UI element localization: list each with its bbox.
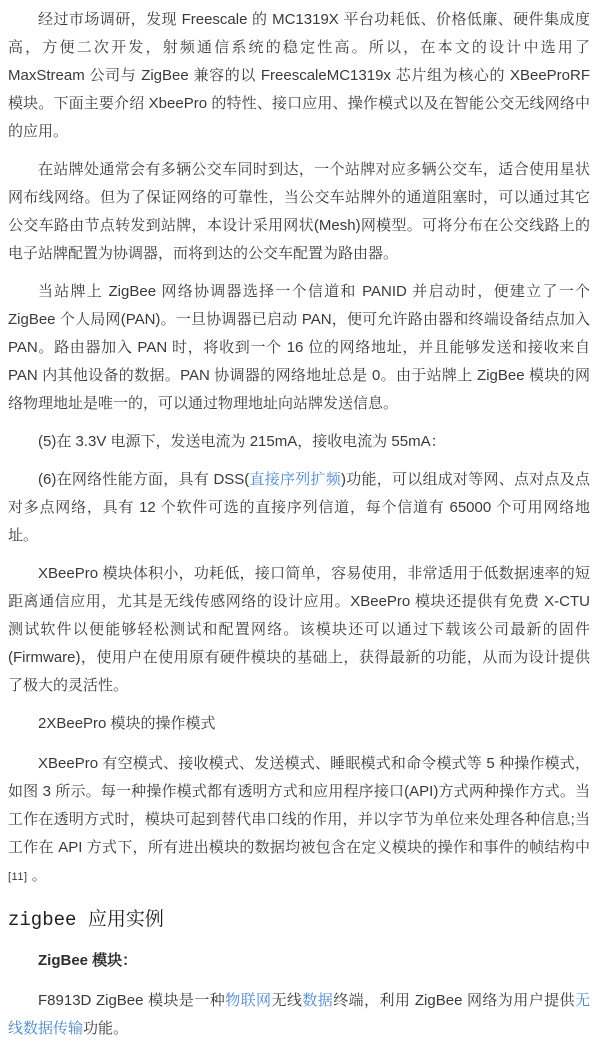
inline-link[interactable]: 数据 — [302, 992, 333, 1009]
paragraph: XBeePro 模块体积小，功耗低，接口简单，容易使用，非常适用于低数据速率的短… — [8, 560, 590, 700]
paragraph: 当站牌上 ZigBee 网络协调器选择一个信道和 PANID 并启动时，便建立了… — [8, 278, 590, 418]
text-run: 无线 — [271, 992, 302, 1009]
paragraph: 在站牌处通常会有多辆公交车同时到达，一个站牌对应多辆公交车，适合使用星状网布线网… — [8, 156, 590, 268]
module-label: ZigBee 模块： — [8, 947, 590, 975]
text-run: (5)在 3.3V 电源下，发送电流为 215mA，接收电流为 55mA： — [38, 433, 446, 450]
text-run: 终端，利用 ZigBee 网络为用户提供 — [333, 992, 575, 1009]
citation-ref: [11] — [8, 871, 28, 883]
text-run: 经过市场调研，发现 Freescale 的 MC1319X 平台功耗低、价格低廉… — [8, 11, 590, 140]
text-run: 2XBeePro 模块的操作模式 — [38, 715, 216, 732]
article-page: 经过市场调研，发现 Freescale 的 MC1319X 平台功耗低、价格低廉… — [8, 6, 590, 1043]
text-run: 功能。 — [83, 1020, 128, 1037]
text-run: ZigBee 模块： — [38, 952, 137, 969]
text-run: XBeePro 模块体积小，功耗低，接口简单，容易使用，非常适用于低数据速率的短… — [8, 565, 590, 694]
text-run: 当站牌上 ZigBee 网络协调器选择一个信道和 PANID 并启动时，便建立了… — [8, 283, 590, 412]
document-body: 经过市场调研，发现 Freescale 的 MC1319X 平台功耗低、价格低廉… — [8, 6, 590, 1043]
paragraph: F8913D ZigBee 模块是一种物联网无线数据终端，利用 ZigBee 网… — [8, 987, 590, 1043]
paragraph: XBeePro 有空模式、接收模式、发送模式、睡眠模式和命令模式等 5 种操作模… — [8, 750, 590, 891]
text-run: 。 — [28, 867, 47, 884]
text-run: F8913D ZigBee 模块是一种 — [38, 992, 225, 1009]
text-run: (6)在网络性能方面，具有 DSS( — [38, 471, 249, 488]
paragraph: (5)在 3.3V 电源下，发送电流为 215mA，接收电流为 55mA： — [8, 428, 590, 456]
inline-link[interactable]: 物联网 — [225, 992, 271, 1009]
section-title: 2XBeePro 模块的操作模式 — [8, 710, 590, 738]
paragraph: 经过市场调研，发现 Freescale 的 MC1319X 平台功耗低、价格低廉… — [8, 6, 590, 146]
paragraph: (6)在网络性能方面，具有 DSS(直接序列扩频)功能，可以组成对等网、点对点及… — [8, 466, 590, 550]
text-run: XBeePro 有空模式、接收模式、发送模式、睡眠模式和命令模式等 5 种操作模… — [8, 755, 590, 856]
text-run: zigbee 应用实例 — [8, 909, 164, 931]
section-heading: zigbee 应用实例 — [8, 905, 590, 935]
inline-link[interactable]: 直接序列扩频 — [249, 471, 341, 488]
text-run: 在站牌处通常会有多辆公交车同时到达，一个站牌对应多辆公交车，适合使用星状网布线网… — [8, 161, 590, 262]
